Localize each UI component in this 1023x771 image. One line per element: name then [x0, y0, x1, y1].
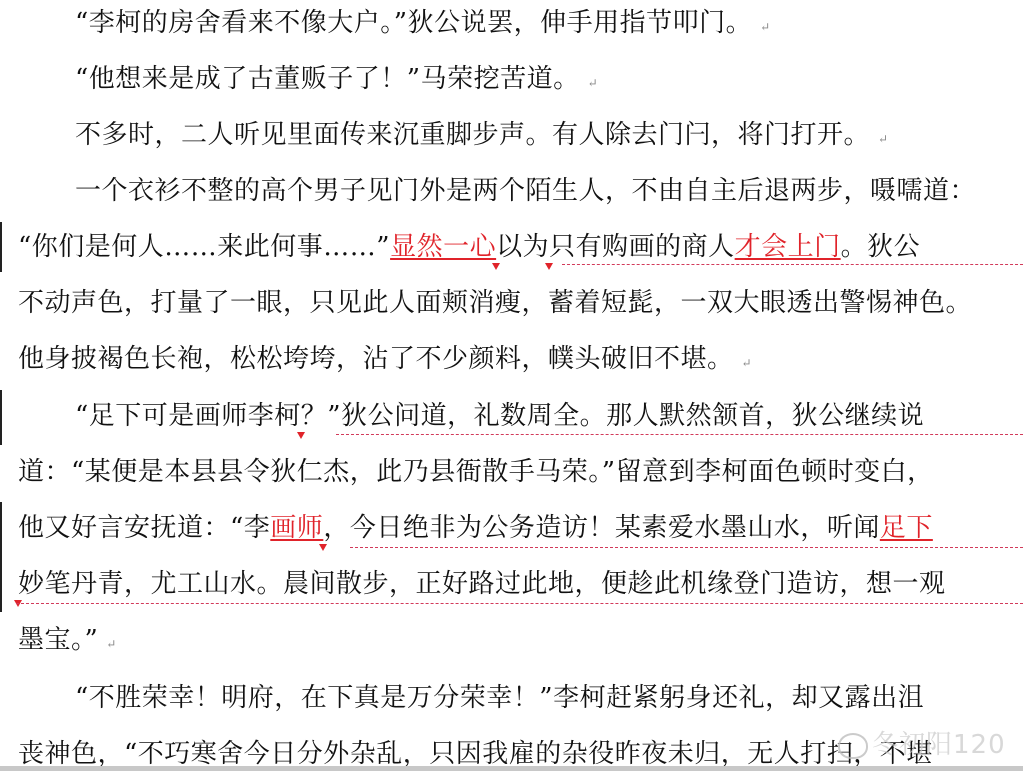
- text-line-tracked[interactable]: 他又好言安抚道：“李画师，今日绝非为公务造访！某素爱水墨山水，听闻足下: [18, 508, 933, 548]
- line-text: 只有购画的商人: [549, 232, 735, 262]
- paragraph-mark-icon: ↵: [588, 76, 599, 90]
- line-text: 一个衣衫不整的高个男子见门外是两个陌生人，不由自主后退两步，嗫嚅道：: [75, 176, 976, 206]
- tracked-insertion[interactable]: 显然一心: [390, 232, 496, 262]
- weibo-logo-icon: [838, 733, 868, 759]
- line-text: 不动声色，打量了一眼，只见此人面颊消瘦，蓄着短髭，一双大眼透出警惕神色。: [18, 288, 972, 318]
- revision-bar: [0, 502, 2, 612]
- line-text: 道：“某便是本县县令狄仁杰，此乃县衙散手马荣。”留意到李柯面色顿时变白，: [18, 457, 934, 487]
- comment-connector-line: [336, 434, 1023, 435]
- text-line[interactable]: 不多时，二人听见里面传来沉重脚步声。有人除去门闩，将门打开。↵: [75, 115, 889, 155]
- watermark: 冬初阳120: [838, 724, 1006, 761]
- text-line[interactable]: 不动声色，打量了一眼，只见此人面颊消瘦，蓄着短髭，一双大眼透出警惕神色。: [18, 283, 972, 323]
- revision-bar: [0, 390, 2, 445]
- line-text: “他想来是成了古董贩子了！”马荣挖苦道。: [75, 64, 580, 94]
- text-line[interactable]: 一个衣衫不整的高个男子见门外是两个陌生人，不由自主后退两步，嗫嚅道：: [75, 171, 976, 211]
- paragraph-mark-icon: ↵: [742, 356, 753, 370]
- comment-connector-line: [350, 547, 1023, 548]
- line-text: 以为: [496, 232, 549, 262]
- line-text: 他身披褐色长袍，松松垮垮，沾了不少颜料，幞头破旧不堪。: [18, 344, 734, 374]
- comment-connector-line: [562, 264, 1023, 265]
- document-page[interactable]: “李柯的房舍看来不像大户。”狄公说罢，伸手用指节叩门。↵ “他想来是成了古董贩子…: [0, 0, 1023, 771]
- line-text: 墨宝。”: [18, 625, 98, 655]
- line-text: 丧神色，“不巧寒舍今日分外杂乱，只因我雇的杂役昨夜未归，无人打扫，不堪: [18, 739, 933, 769]
- text-line-tracked[interactable]: 妙笔丹青，尤工山水。晨间散步，正好路过此地，便趁此机缘登门造访，想一观: [18, 564, 946, 604]
- line-text: “李柯的房舍看来不像大户。”狄公说罢，伸手用指节叩门。: [75, 8, 752, 38]
- paragraph-mark-icon: ↵: [878, 132, 889, 146]
- text-line[interactable]: 道：“某便是本县县令狄仁杰，此乃县衙散手马荣。”留意到李柯面色顿时变白，: [18, 452, 934, 492]
- text-line[interactable]: 他身披褐色长袍，松松垮垮，沾了不少颜料，幞头破旧不堪。↵: [18, 339, 752, 379]
- line-text: 。狄公: [841, 232, 921, 262]
- text-line-tracked[interactable]: “你们是何人……来此何事……”显然一心以为只有购画的商人才会上门。狄公: [18, 227, 920, 267]
- paragraph-mark-icon: ↵: [106, 637, 117, 651]
- line-text: “不胜荣幸！明府，在下真是万分荣幸！”李柯赶紧躬身还礼，却又露出沮: [75, 683, 924, 713]
- line-text: “足下可是画师李柯: [75, 401, 301, 431]
- revision-bar: [0, 222, 2, 272]
- line-text: ，今日绝非为公务造访！某素爱水墨山水，听闻: [323, 513, 880, 543]
- watermark-text: 冬初阳120: [872, 730, 1006, 760]
- window-bottom-edge: [0, 766, 1023, 771]
- tracked-insertion[interactable]: 画师: [270, 513, 323, 543]
- text-line-tracked[interactable]: “足下可是画师李柯？”狄公问道，礼数周全。那人默然颔首，狄公继续说: [75, 396, 924, 436]
- comment-connector-line: [16, 603, 1023, 604]
- text-line[interactable]: 墨宝。”↵: [18, 620, 117, 660]
- line-text: “你们是何人……来此何事……”: [18, 232, 390, 262]
- tracked-insertion[interactable]: 足下: [880, 513, 933, 543]
- text-line[interactable]: “他想来是成了古董贩子了！”马荣挖苦道。↵: [75, 59, 598, 99]
- line-text: 不多时，二人听见里面传来沉重脚步声。有人除去门闩，将门打开。: [75, 120, 870, 150]
- paragraph-mark-icon: ↵: [760, 20, 771, 34]
- text-line[interactable]: “不胜荣幸！明府，在下真是万分荣幸！”李柯赶紧躬身还礼，却又露出沮: [75, 678, 924, 718]
- line-text: 妙笔丹青，尤工山水。晨间散步，正好路过此地，便趁此机缘登门造访，想一观: [18, 569, 946, 599]
- tracked-insertion[interactable]: 才会上门: [735, 232, 841, 262]
- line-text: 他又好言安抚道：“李: [18, 513, 270, 543]
- text-line[interactable]: “李柯的房舍看来不像大户。”狄公说罢，伸手用指节叩门。↵: [75, 3, 771, 43]
- line-text: ？”狄公问道，礼数周全。那人默然颔首，狄公继续说: [301, 401, 924, 431]
